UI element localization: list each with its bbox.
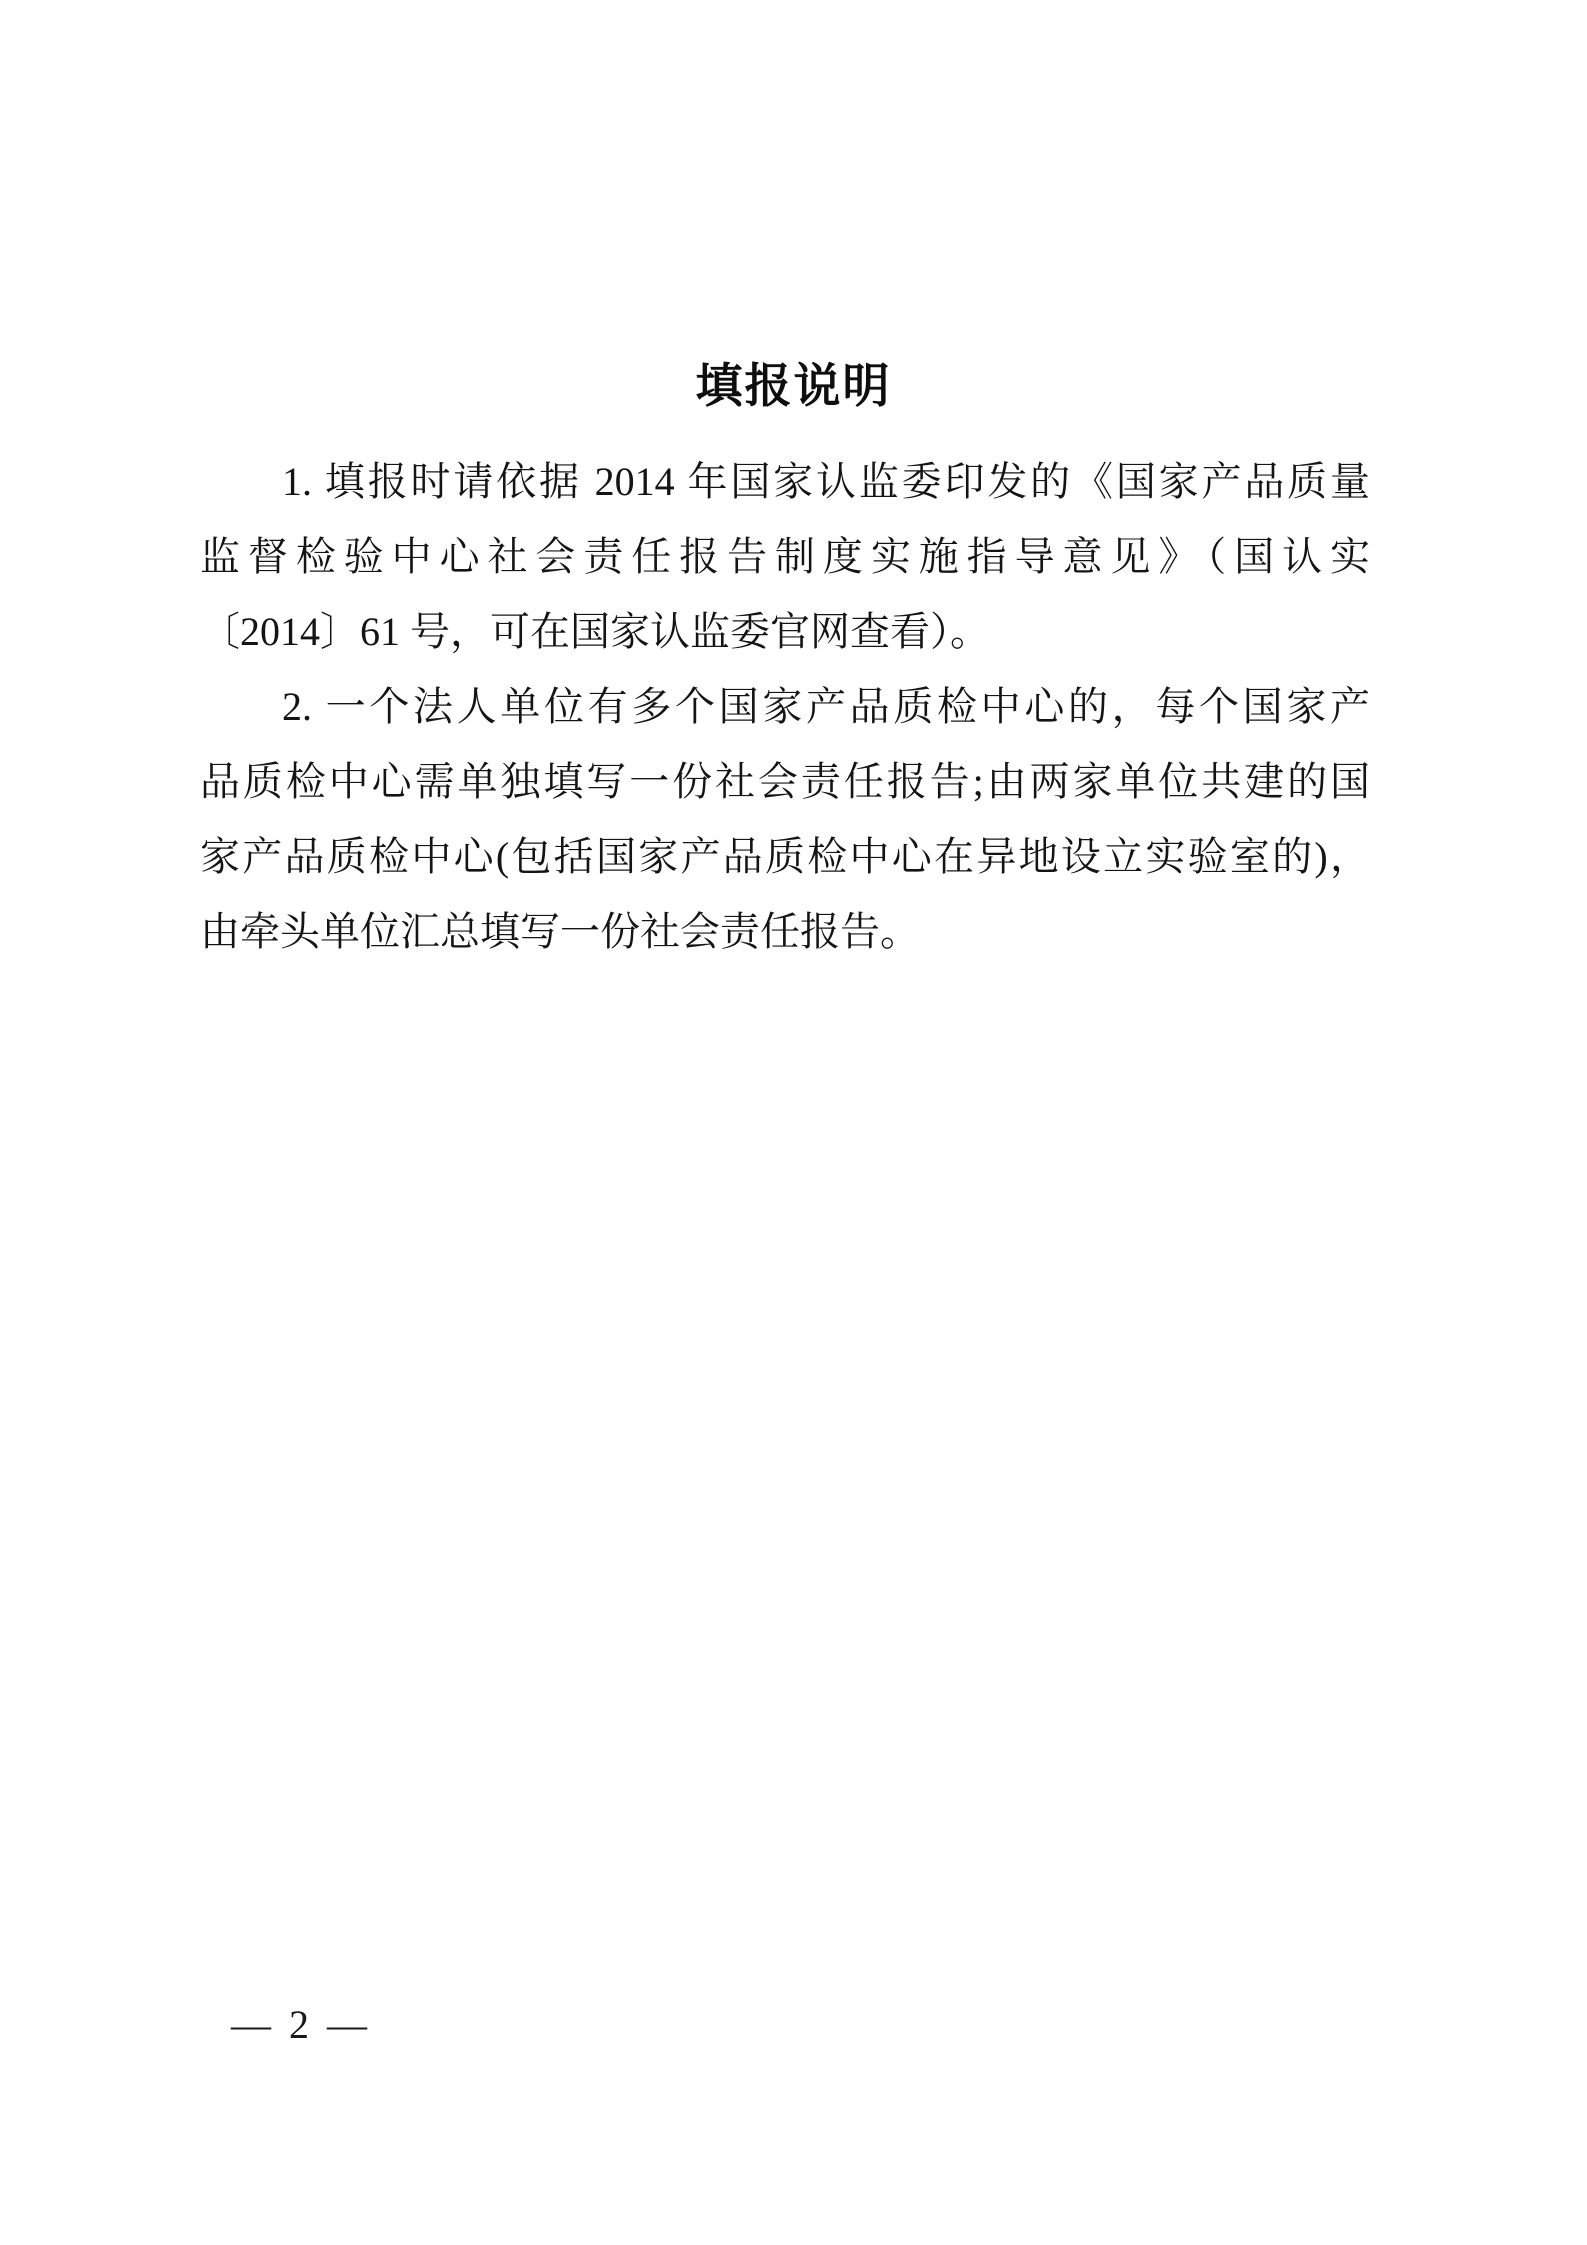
paragraph-1-line-1: 1. 填报时请依据 2014 年国家认监委印发的《国家产品质量: [200, 444, 1370, 519]
paragraph-2-line-2: 品质检中心需单独填写一份社会责任报告;由两家单位共建的国: [200, 744, 1370, 819]
paragraph-2: 2. 一个法人单位有多个国家产品质检中心的，每个国家产 品质检中心需单独填写一份…: [200, 669, 1370, 969]
document-page: 填报说明 1. 填报时请依据 2014 年国家认监委印发的《国家产品质量 监督检…: [0, 0, 1587, 2245]
paragraph-2-line-3: 家产品质检中心(包括国家产品质检中心在异地设立实验室的)，: [200, 819, 1370, 894]
page-title: 填报说明: [0, 356, 1587, 416]
paragraph-1-line-2: 监督检验中心社会责任报告制度实施指导意见》（国认实: [200, 519, 1370, 594]
page-number: — 2 —: [231, 2001, 371, 2049]
paragraph-1-line-3: 〔2014〕61 号，可在国家认监委官网查看）。: [200, 594, 1370, 669]
paragraph-1: 1. 填报时请依据 2014 年国家认监委印发的《国家产品质量 监督检验中心社会…: [200, 444, 1370, 669]
paragraph-2-line-1: 2. 一个法人单位有多个国家产品质检中心的，每个国家产: [200, 669, 1370, 744]
document-body: 1. 填报时请依据 2014 年国家认监委印发的《国家产品质量 监督检验中心社会…: [200, 444, 1370, 969]
paragraph-2-line-4: 由牵头单位汇总填写一份社会责任报告。: [200, 894, 1370, 969]
